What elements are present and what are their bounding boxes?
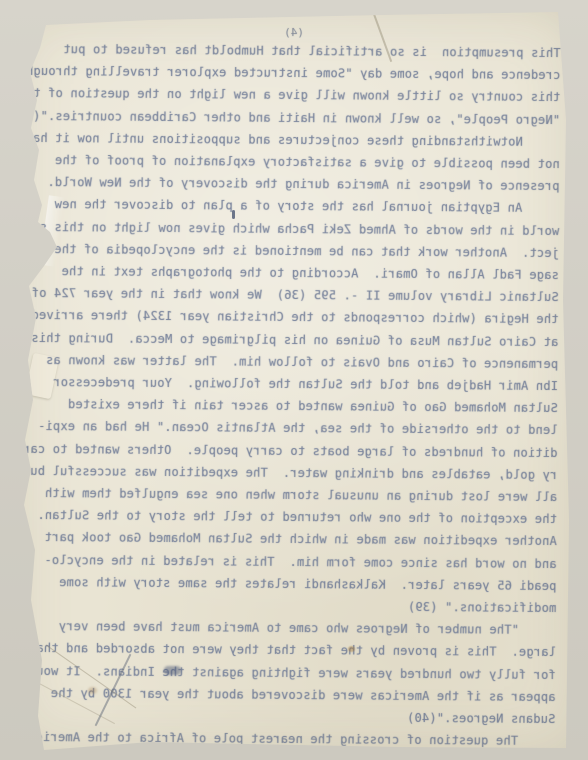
paper-hole <box>26 222 33 230</box>
ink-speck <box>19 98 23 106</box>
ink-speck <box>20 240 24 244</box>
ink-speck <box>412 10 416 13</box>
ink-speck <box>21 110 24 116</box>
scan-background: { "document": { "page_number": "(4)", "l… <box>0 0 588 760</box>
paper-vignette <box>0 0 588 760</box>
paper-sheet: (4) This presumption is so artificial th… <box>0 0 588 760</box>
